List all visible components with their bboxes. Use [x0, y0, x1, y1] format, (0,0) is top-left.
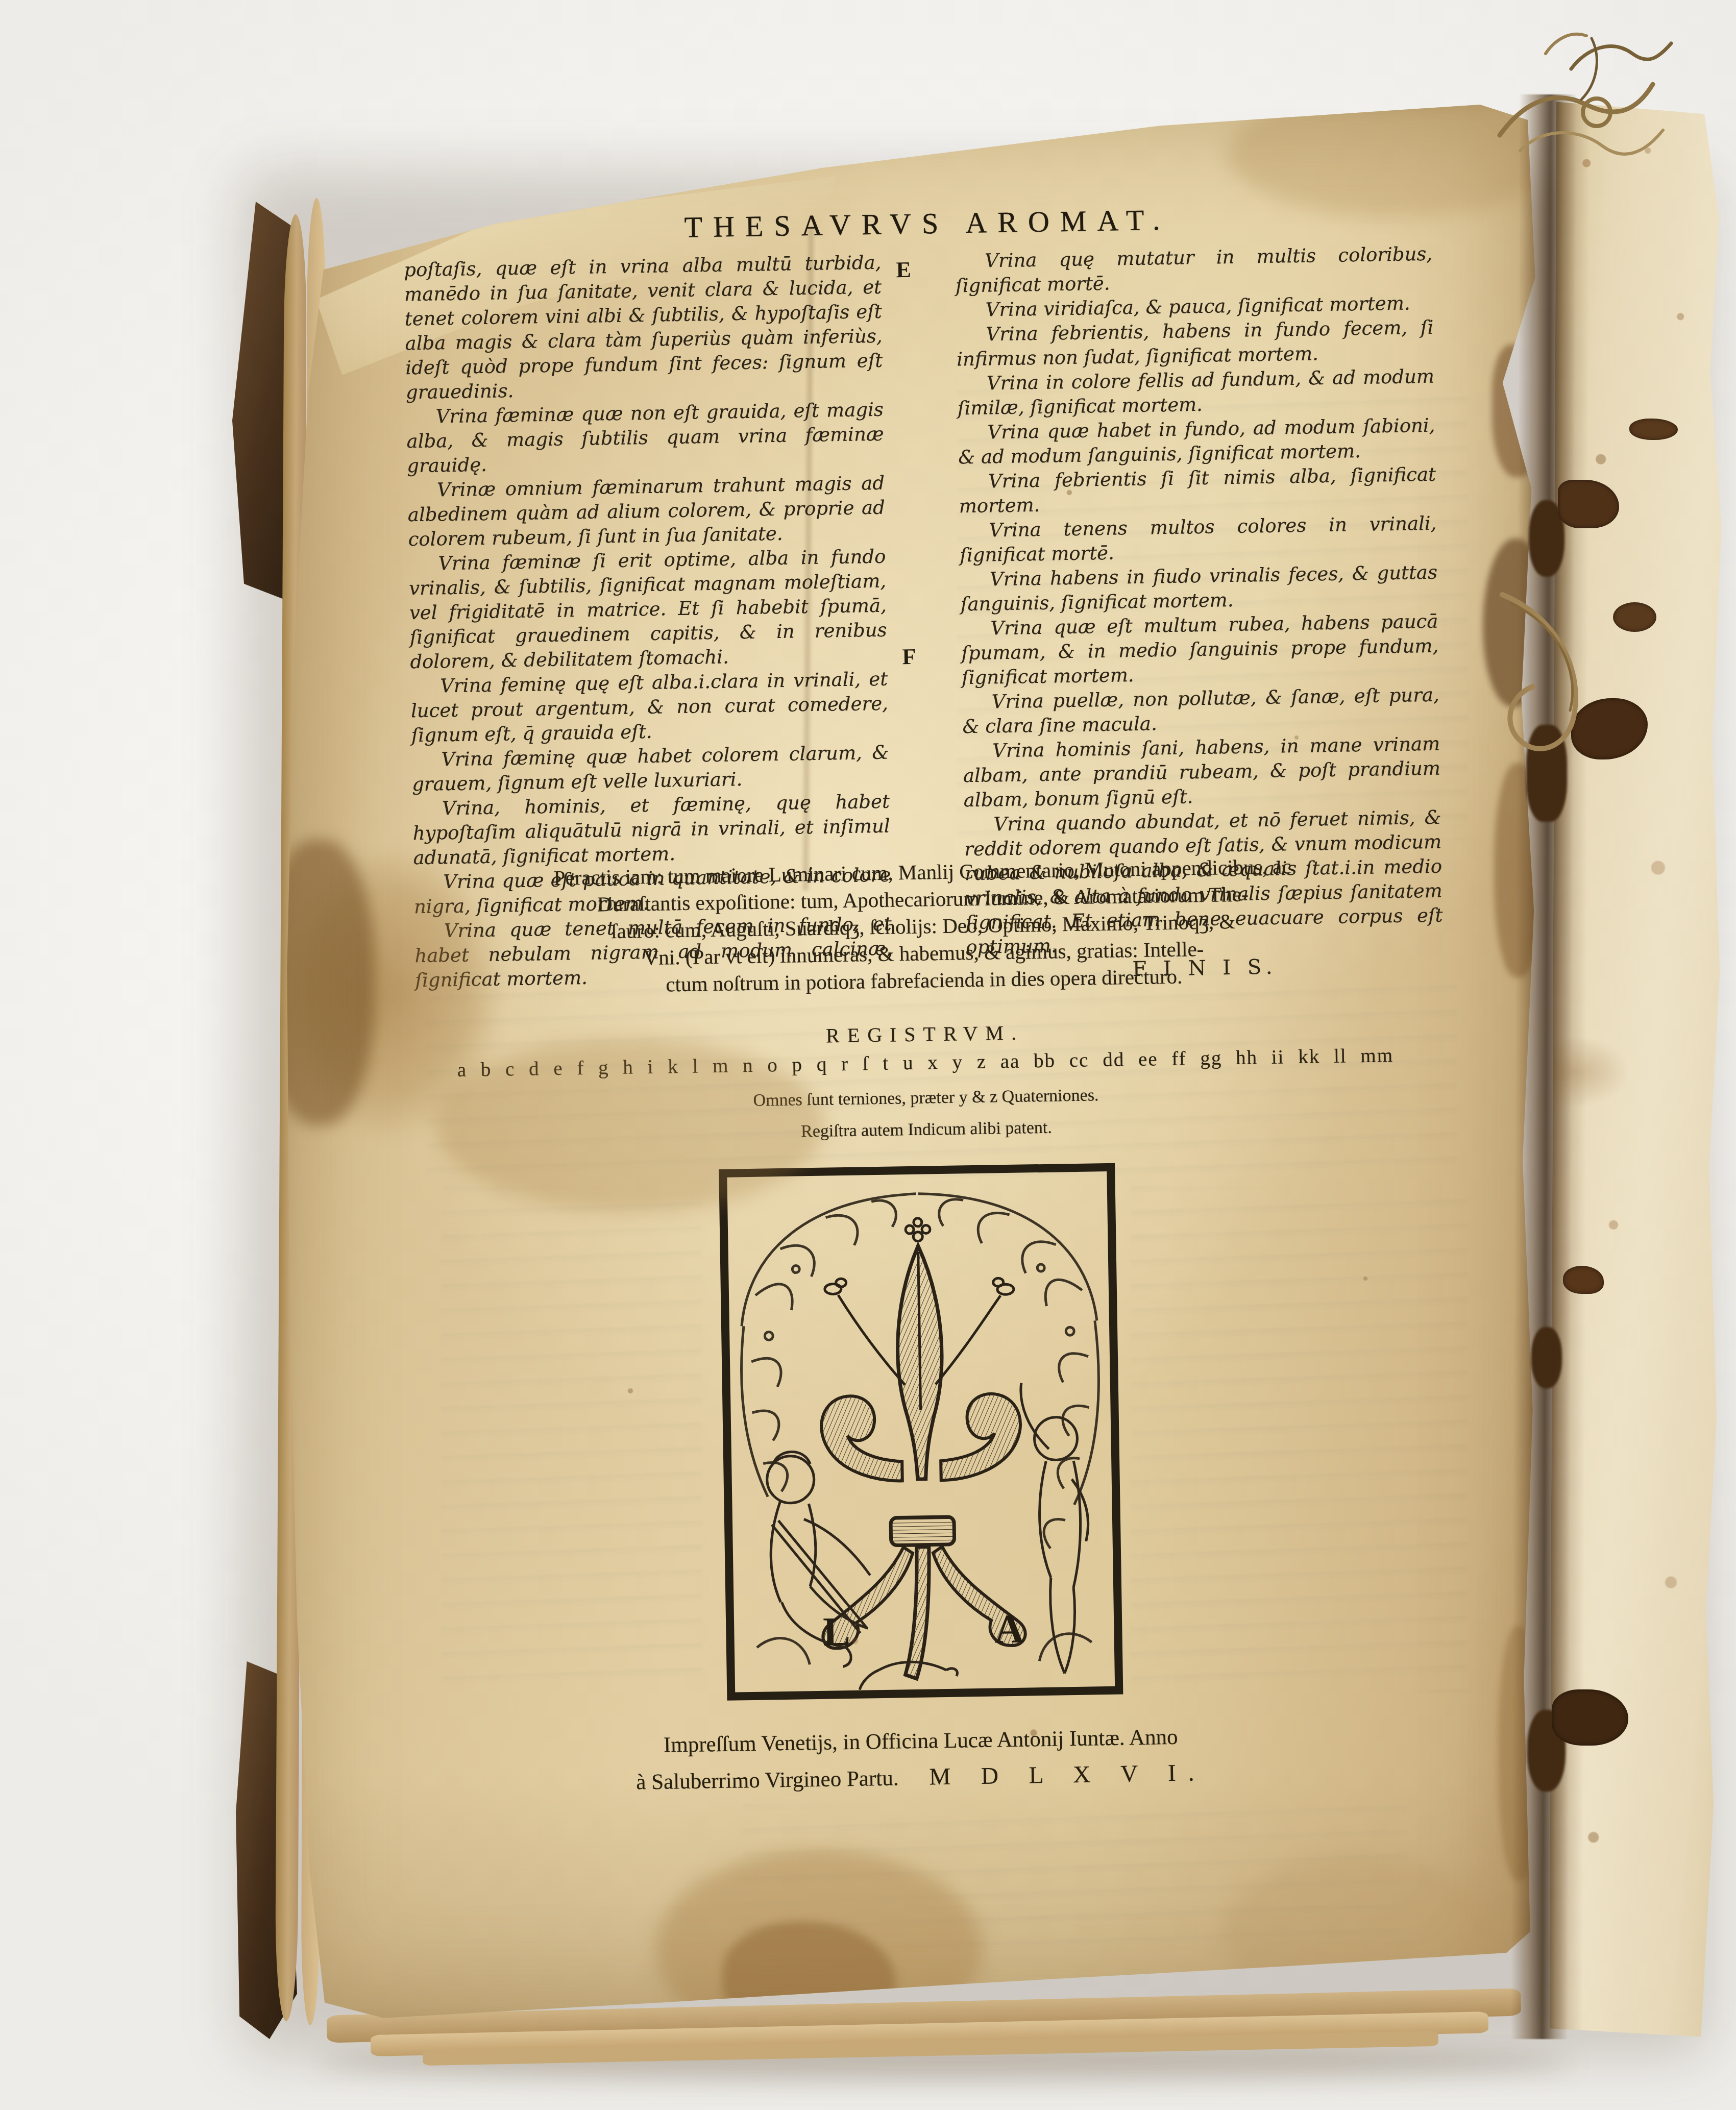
gutter-hole	[1531, 1327, 1562, 1388]
worm-hole	[1552, 1689, 1628, 1746]
main-page: THESAVRVS AROMAT. E F poſtaſis, quæ eſt …	[283, 105, 1536, 2024]
binding-thread-middle-icon	[1479, 572, 1617, 791]
page-edge-vignette	[283, 105, 1536, 2024]
torn-stub-leaf	[1549, 102, 1724, 2037]
photo-background: THESAVRVS AROMAT. E F poſtaſis, quæ eſt …	[0, 0, 1736, 2110]
worm-hole	[1613, 602, 1656, 632]
binding-thread-top-icon	[1469, 8, 1689, 186]
worm-hole	[1629, 419, 1678, 440]
